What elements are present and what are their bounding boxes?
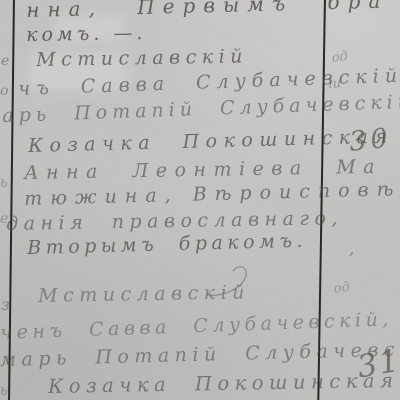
margin-fragment: ь bbox=[0, 176, 8, 190]
manuscript-line: комъ. —. bbox=[26, 24, 147, 45]
ink-mark: од bbox=[331, 50, 349, 65]
margin-fragment: ь bbox=[0, 384, 8, 398]
manuscript-line: марь Потапій Слубачевскій bbox=[0, 339, 400, 370]
manuscript-line: тюжина, Вѣроисповѣ bbox=[24, 180, 400, 209]
manuscript-line: ченъ Савва Слубачевскій, bbox=[0, 310, 393, 343]
margin-fragment: е bbox=[0, 212, 8, 226]
entry-number: 30 bbox=[348, 125, 393, 156]
margin-fragment: з bbox=[1, 297, 10, 313]
ink-mark: іи bbox=[328, 77, 341, 91]
entry-number: 31 bbox=[355, 345, 400, 383]
manuscript-line: Вторымъ бракомъ. bbox=[27, 232, 307, 258]
manuscript-line: Козачка Покошинская bbox=[48, 371, 399, 397]
manuscript-line: Мстиславскій bbox=[36, 47, 248, 70]
margin-fragment: о bbox=[0, 84, 8, 98]
margin-fragment: е bbox=[1, 54, 9, 68]
manuscript-line: нна, Первымъ бра bbox=[26, 0, 389, 20]
manuscript-scan-page: нна, Первымъ бра комъ. —. Мстиславскій ч… bbox=[0, 0, 400, 400]
ink-mark: од bbox=[333, 281, 351, 296]
manuscript-line: Козачка Покошинская bbox=[28, 127, 394, 156]
ink-mark: , bbox=[349, 241, 354, 258]
ink-flourish-icon bbox=[205, 262, 253, 298]
